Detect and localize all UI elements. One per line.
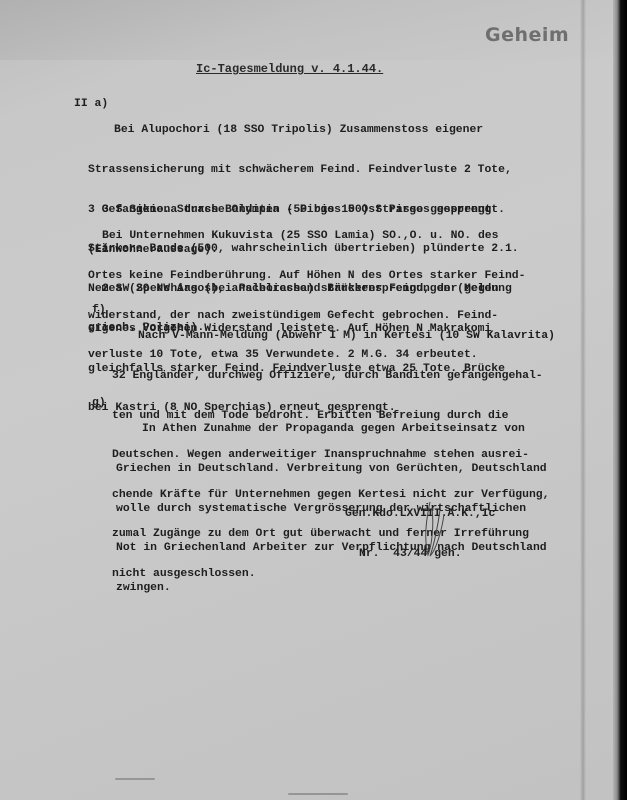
text-line: 32 Engländer, durchweg Offiziere, durch …: [112, 370, 555, 383]
text-line: 2 SW Sperchias (bei Paleoracha) stärkere…: [88, 283, 505, 296]
section-label-g: g): [92, 397, 106, 410]
ink-smudge: [288, 793, 348, 795]
text-line: Strassensicherung mit schwächerem Feind.…: [88, 164, 519, 177]
text-line: In Athen Zunahme der Propaganda gegen Ar…: [116, 423, 547, 436]
classification-stamp: Geheim: [485, 24, 569, 46]
text-line: Bei Unternehmen Kukuvista (25 SSO Lamia)…: [88, 230, 525, 243]
handwritten-signature-icon: [420, 500, 450, 560]
text-line: Nach V-Mann-Meldung (Abwehr I M) in Kert…: [112, 330, 555, 343]
text-line: Bei Alupochori (18 SSO Tripolis) Zusamme…: [88, 124, 519, 137]
report-title: Ic-Tagesmeldung v. 4.1.44.: [196, 62, 383, 76]
section-label-f: f): [92, 304, 106, 317]
document-page: Geheim Ic-Tagesmeldung v. 4.1.44. II a) …: [0, 0, 617, 800]
paper-crease: [580, 0, 586, 800]
ink-smudge: [115, 778, 155, 780]
text-line: Griechen in Deutschland. Verbreitung von…: [116, 463, 547, 476]
page-edge-shadow: [613, 0, 627, 800]
